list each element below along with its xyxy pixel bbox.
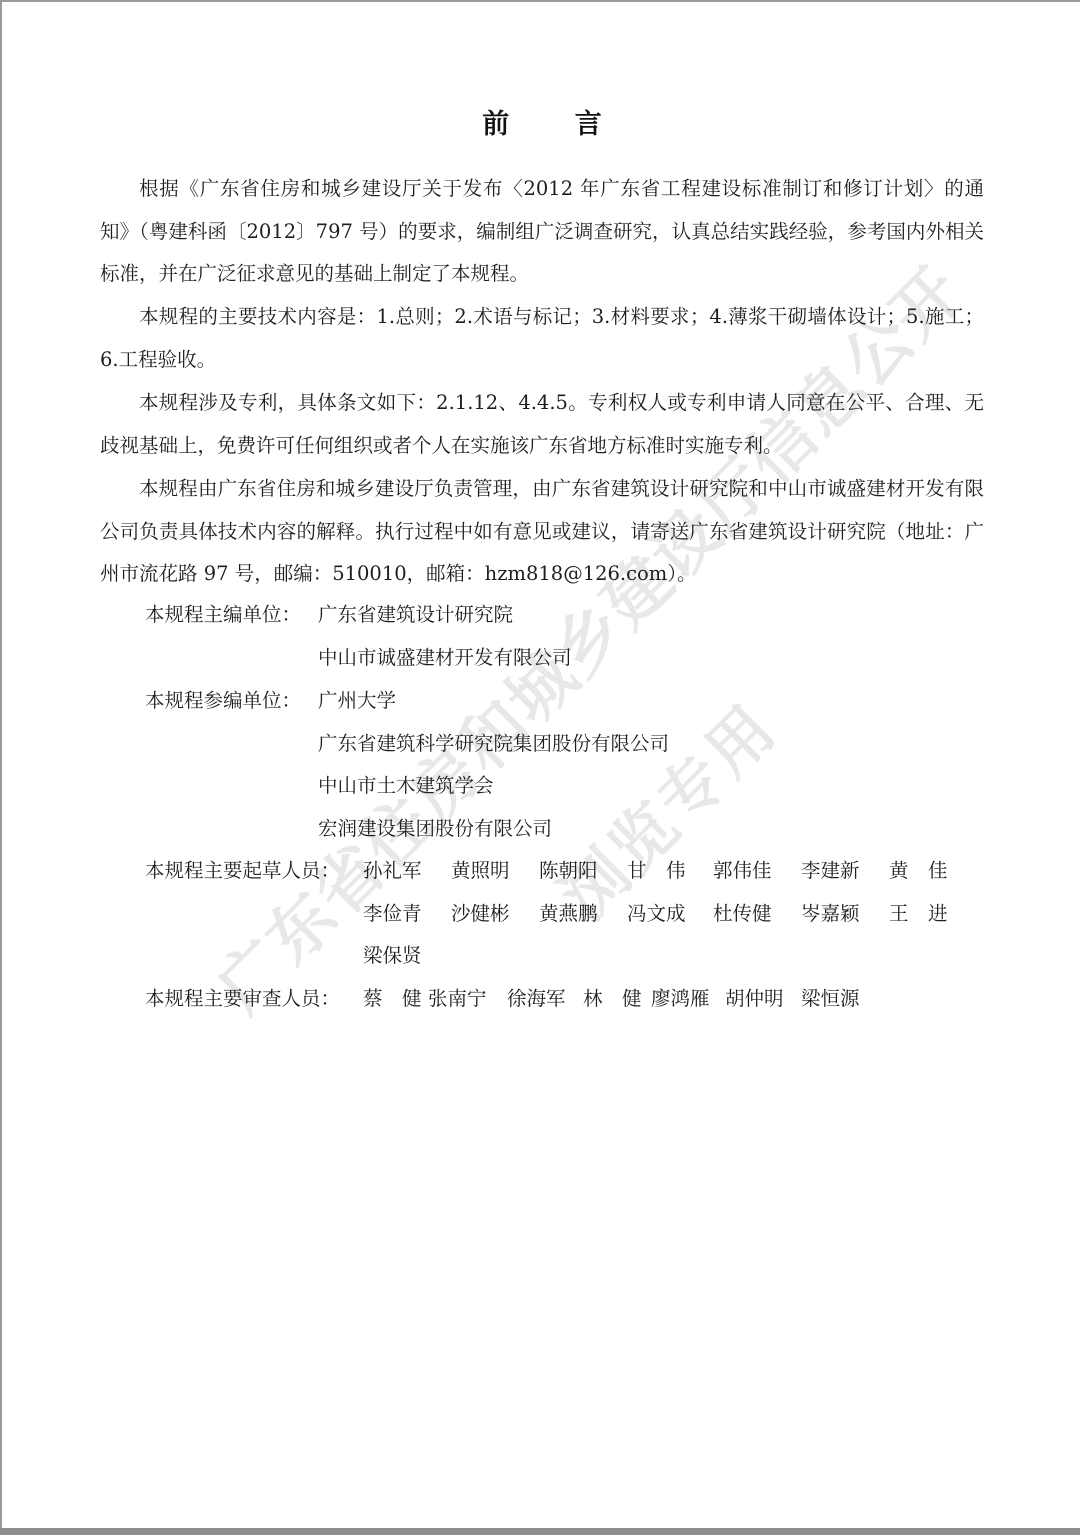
drafter-name: 王 进 xyxy=(889,893,948,935)
participating-unit-item: 中山市土木建筑学会 xyxy=(318,765,494,807)
reviewers-label: 本规程主要审查人员： xyxy=(145,978,340,1020)
document-page: 广东省住房和城乡建设厅信息公开 浏览专用 前 言 根据《广东省住房和城乡建设厅关… xyxy=(0,0,1080,1528)
participating-unit-item: 广东省建筑科学研究院集团股份有限公司 xyxy=(318,723,669,765)
reviewer-name: 蔡 健 xyxy=(363,978,422,1020)
drafters-label: 本规程主要起草人员： xyxy=(145,850,340,892)
paragraph-patent: 本规程涉及专利，具体条文如下：2.1.12、4.4.5。专利权人或专利申请人同意… xyxy=(100,382,984,467)
paragraph-text: 本规程涉及专利，具体条文如下：2.1.12、4.4.5。专利权人或专利申请人同意… xyxy=(100,382,984,467)
paragraph-text: 本规程由广东省住房和城乡建设厅负责管理，由广东省建筑设计研究院和中山市诚盛建材开… xyxy=(100,468,984,596)
chief-unit-item: 中山市诚盛建材开发有限公司 xyxy=(318,637,572,679)
drafter-name: 甘 伟 xyxy=(627,850,686,892)
reviewer-name: 徐海军 xyxy=(507,978,566,1020)
reviewer-name: 张南宁 xyxy=(428,978,487,1020)
chief-units-label: 本规程主编单位： xyxy=(145,594,301,636)
page-title: 前 言 xyxy=(2,102,1080,141)
drafter-name: 孙礼军 xyxy=(363,850,422,892)
chief-unit-item: 广东省建筑设计研究院 xyxy=(318,594,513,636)
reviewer-name: 廖鸿雁 xyxy=(651,978,710,1020)
paragraph-text: 根据《广东省住房和城乡建设厅关于发布〈2012 年广东省工程建设标准制订和修订计… xyxy=(100,168,984,296)
participating-unit-item: 广州大学 xyxy=(318,680,396,722)
paragraph-contents: 本规程的主要技术内容是：1.总则；2.术语与标记；3.材料要求；4.薄浆干砌墙体… xyxy=(100,296,984,381)
drafter-name: 冯文成 xyxy=(627,893,686,935)
reviewer-name: 梁恒源 xyxy=(801,978,860,1020)
reviewer-name: 林 健 xyxy=(583,978,642,1020)
paragraph-management: 本规程由广东省住房和城乡建设厅负责管理，由广东省建筑设计研究院和中山市诚盛建材开… xyxy=(100,468,984,596)
drafter-name: 郭伟佳 xyxy=(713,850,772,892)
participating-unit-item: 宏润建设集团股份有限公司 xyxy=(318,808,552,850)
participating-units-label: 本规程参编单位： xyxy=(145,680,301,722)
drafter-name: 梁保贤 xyxy=(363,935,422,977)
drafter-name: 沙健彬 xyxy=(451,893,510,935)
reviewer-name: 胡仲明 xyxy=(725,978,784,1020)
drafter-name: 岑嘉颖 xyxy=(801,893,860,935)
paragraph-text: 本规程的主要技术内容是：1.总则；2.术语与标记；3.材料要求；4.薄浆干砌墙体… xyxy=(100,296,984,381)
paragraph-basis: 根据《广东省住房和城乡建设厅关于发布〈2012 年广东省工程建设标准制订和修订计… xyxy=(100,168,984,296)
drafter-name: 李建新 xyxy=(801,850,860,892)
drafter-name: 黄照明 xyxy=(451,850,510,892)
drafter-name: 李俭青 xyxy=(363,893,422,935)
drafter-name: 陈朝阳 xyxy=(539,850,598,892)
page-bottom-edge xyxy=(0,1528,1080,1535)
drafter-name: 黄燕鹏 xyxy=(539,893,598,935)
drafter-name: 杜传健 xyxy=(713,893,772,935)
drafter-name: 黄 佳 xyxy=(889,850,948,892)
